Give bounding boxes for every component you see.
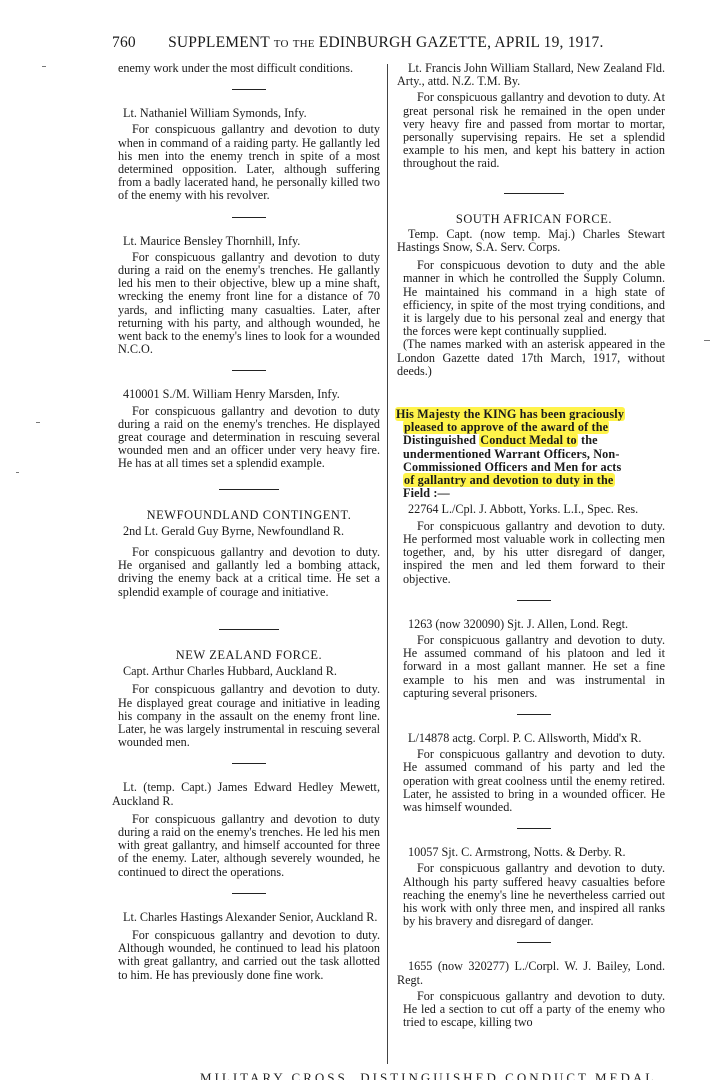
- section-divider: [219, 629, 279, 630]
- recipient-name: Temp. Capt. (now temp. Maj.) Charles Ste…: [397, 228, 665, 254]
- section-divider: [219, 489, 279, 490]
- entry-divider: [517, 600, 551, 601]
- citation-text: For conspicuous gallantry and devotion t…: [403, 748, 665, 814]
- recipient-name: Lt. Maurice Bensley Thornhill, Infy.: [112, 235, 380, 248]
- dcm-announcement: His Majesty the KING has been graciously…: [395, 408, 665, 500]
- entry-divider: [232, 370, 266, 371]
- entry-divider: [232, 89, 266, 90]
- entry-divider: [517, 942, 551, 943]
- recipient-name: 10057 Sjt. C. Armstrong, Notts. & Derby.…: [397, 846, 665, 859]
- recipient-name: 2nd Lt. Gerald Guy Byrne, Newfoundland R…: [112, 525, 380, 538]
- continued-citation: enemy work under the most difficult cond…: [118, 62, 380, 75]
- citation-entry: 2nd Lt. Gerald Guy Byrne, Newfoundland R…: [118, 525, 380, 599]
- left-column: enemy work under the most difficult cond…: [118, 62, 380, 982]
- citation-text: For conspicuous gallantry and devotion t…: [403, 634, 665, 700]
- scan-speck: [704, 340, 710, 341]
- citation-entry: L/14878 actg. Corpl. P. C. Allsworth, Mi…: [403, 732, 665, 814]
- entry-divider: [232, 217, 266, 218]
- highlighted-text: Conduct Medal to: [479, 433, 578, 447]
- recipient-name: Capt. Arthur Charles Hubbard, Auckland R…: [112, 665, 380, 678]
- recipient-name: 1263 (now 320090) Sjt. J. Allen, Lond. R…: [397, 618, 665, 631]
- citation-entry: Lt. (temp. Capt.) James Edward Hedley Me…: [118, 781, 380, 878]
- citation-text: For conspicuous gallantry and devotion t…: [403, 990, 665, 1030]
- section-heading: NEWFOUNDLAND CONTINGENT.: [118, 509, 380, 522]
- citation-entry: 10057 Sjt. C. Armstrong, Notts. & Derby.…: [403, 846, 665, 928]
- recipient-name: 410001 S./M. William Henry Marsden, Infy…: [112, 388, 380, 401]
- citation-entry: Temp. Capt. (now temp. Maj.) Charles Ste…: [403, 228, 665, 339]
- highlighted-text: of gallantry and devotion to duty in the: [403, 473, 615, 487]
- citation-text: For conspicuous gallantry and devotion t…: [403, 862, 665, 928]
- column-divider: [387, 64, 388, 1064]
- recipient-name: L/14878 actg. Corpl. P. C. Allsworth, Mi…: [397, 732, 665, 745]
- citation-text: For conspicuous gallantry and devotion t…: [403, 520, 665, 586]
- scan-speck: [16, 472, 19, 473]
- section-south-africa: SOUTH AFRICAN FORCE. Temp. Capt. (now te…: [403, 213, 665, 378]
- page-number: 760: [112, 34, 164, 52]
- recipient-name: Lt. (temp. Capt.) James Edward Hedley Me…: [112, 781, 380, 807]
- scan-speck: [42, 66, 46, 67]
- citation-text: For conspicuous gallantry and devotion t…: [403, 91, 665, 170]
- citation-entry: 410001 S./M. William Henry Marsden, Infy…: [118, 388, 380, 470]
- gazette-title: SUPPLEMENT TO THE EDINBURGH GAZETTE, APR…: [168, 34, 604, 51]
- page-header: 760 SUPPLEMENT TO THE EDINBURGH GAZETTE,…: [112, 34, 702, 52]
- highlighted-text: pleased to approve of the award of the: [403, 420, 609, 434]
- citation-text: For conspicuous gallantry and devotion t…: [118, 546, 380, 599]
- citation-entry: Lt. Nathaniel William Symonds, Infy. For…: [118, 107, 380, 202]
- section-heading: NEW ZEALAND FORCE.: [118, 649, 380, 662]
- citation-text: For conspicuous gallantry and devotion t…: [118, 813, 380, 879]
- citation-text: For conspicuous gallantry and devotion t…: [118, 251, 380, 357]
- recipient-name: Lt. Francis John William Stallard, New Z…: [397, 62, 665, 88]
- section-newfoundland: NEWFOUNDLAND CONTINGENT. 2nd Lt. Gerald …: [118, 509, 380, 599]
- highlighted-text: His Majesty the KING has been graciously: [395, 407, 625, 421]
- citation-entry: Lt. Charles Hastings Alexander Senior, A…: [118, 911, 380, 982]
- scan-speck: [36, 422, 40, 423]
- entry-divider: [232, 893, 266, 894]
- citation-entry: Capt. Arthur Charles Hubbard, Auckland R…: [118, 665, 380, 749]
- citation-text: For conspicuous gallantry and devotion t…: [118, 929, 380, 982]
- recipient-name: Lt. Charles Hastings Alexander Senior, A…: [112, 911, 380, 924]
- citation-text: For conspicuous devotion to duty and the…: [403, 259, 665, 338]
- citation-entry: 1655 (now 320277) L./Corpl. W. J. Bailey…: [403, 960, 665, 1029]
- recipient-name: Lt. Nathaniel William Symonds, Infy.: [112, 107, 380, 120]
- next-page-running-head: MILITARY CROSS, DISTINGUISHED CONDUCT ME…: [200, 1070, 662, 1080]
- citation-entry: Lt. Maurice Bensley Thornhill, Infy. For…: [118, 235, 380, 357]
- asterisk-note: (The names marked with an asterisk appea…: [397, 338, 665, 378]
- citation-entry: 22764 L./Cpl. J. Abbott, Yorks. L.I., Sp…: [403, 503, 665, 585]
- entry-divider: [232, 763, 266, 764]
- citation-text: For conspicuous gallantry and devotion t…: [118, 683, 380, 749]
- citation-entry: Lt. Francis John William Stallard, New Z…: [403, 62, 665, 171]
- recipient-name: 22764 L./Cpl. J. Abbott, Yorks. L.I., Sp…: [397, 503, 665, 516]
- section-divider: [504, 193, 564, 194]
- citation-text: For conspicuous gallantry and devotion t…: [118, 405, 380, 471]
- citation-entry: 1263 (now 320090) Sjt. J. Allen, Lond. R…: [403, 618, 665, 700]
- entry-divider: [517, 828, 551, 829]
- recipient-name: 1655 (now 320277) L./Corpl. W. J. Bailey…: [397, 960, 665, 986]
- right-column: Lt. Francis John William Stallard, New Z…: [403, 62, 665, 1029]
- section-new-zealand: NEW ZEALAND FORCE. Capt. Arthur Charles …: [118, 649, 380, 982]
- section-heading: SOUTH AFRICAN FORCE.: [403, 213, 665, 226]
- entry-divider: [517, 714, 551, 715]
- citation-text: For conspicuous gallantry and devotion t…: [118, 123, 380, 202]
